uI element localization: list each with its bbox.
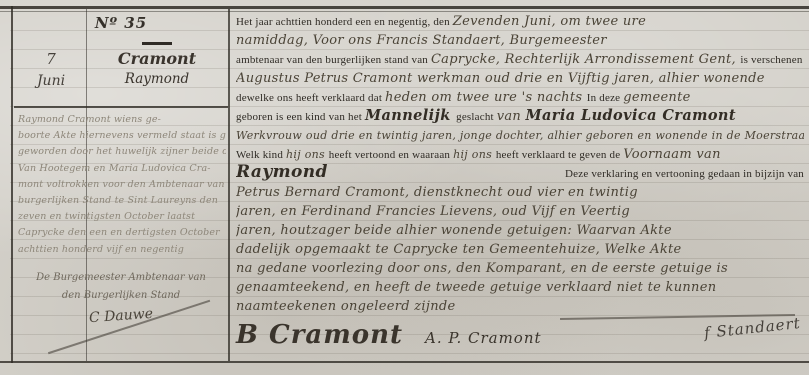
act-number: Nº 35: [14, 14, 228, 32]
handwritten-text: Voornaam van: [623, 147, 720, 162]
annotation-line: Raymond Cramont wiens ge-: [18, 112, 226, 128]
handwritten-text: genaamteekend, en heeft de tweede getuig…: [236, 280, 716, 295]
annotation-line: Caprycke den een en dertigsten October: [18, 225, 226, 241]
annotation-line: geworden door het huwelijk zijner beide …: [18, 144, 226, 160]
annotation-line: Van Hootegem en Maria Ludovica Cra-: [18, 161, 226, 177]
act-line: naamteekenen ongeleerd zijnde: [236, 296, 804, 315]
margin-surname: Cramont: [88, 49, 226, 69]
handwritten-text: namiddag, Voor ons Francis Standaert, Bu…: [236, 33, 607, 48]
act-line: geboren is een kind van het Mannelijk ge…: [236, 106, 804, 125]
act-line: jaren, houtzager beide alhier wonende ge…: [236, 220, 804, 239]
printed-text: Het jaar achttien honderd een en negenti…: [236, 16, 453, 28]
act-line: Augustus Petrus Cramont werkman oud drie…: [236, 68, 804, 87]
act-line: Het jaar achttien honderd een en negenti…: [236, 11, 804, 30]
handwritten-text: na gedane voorlezing door ons, den Kompa…: [236, 261, 728, 276]
handwritten-gender: Mannelijk: [365, 107, 456, 124]
signature-row: B Cramont A. P. Cramont f Standaert: [236, 320, 801, 350]
printed-text: is verschenen :: [740, 54, 804, 66]
officer-title-line1: De Burgemeester Ambtenaar van: [14, 270, 228, 285]
printed-text: heeft verklaard te geven de: [496, 149, 623, 161]
printed-text: Deze verklaring en vertooning gedaan in …: [565, 165, 804, 182]
handwritten-text: Zevenden Juni, om twee ure: [453, 14, 646, 29]
margin-right-line: [228, 9, 230, 361]
margin-name: Cramont Raymond: [88, 40, 226, 89]
entry-dash: [142, 42, 172, 45]
handwritten-text: jaren, en Ferdinand Francies Lievens, ou…: [236, 204, 630, 219]
handwritten-text: van: [497, 109, 526, 124]
margin-firstname: Raymond: [88, 69, 226, 89]
left-binding-line: [11, 6, 13, 363]
handwritten-text: jaren, houtzager beide alhier wonende ge…: [236, 223, 672, 238]
signature-declarant: A. P. Cramont: [425, 329, 542, 347]
printed-text: Welk kind: [236, 149, 286, 161]
handwritten-text: hij ons: [453, 148, 496, 161]
handwritten-mother-name: Maria Ludovica Cramont: [526, 107, 736, 124]
margin-column: Nº 35 7 Juni Cramont Raymond Raymond Cra…: [14, 8, 228, 364]
act-line: na gedane voorlezing door ons, den Kompa…: [236, 258, 804, 277]
signature-witness: B Cramont: [236, 320, 403, 350]
handwritten-text: heden om twee ure 's nachts: [385, 90, 587, 105]
scanned-birth-record: { "palette": { "paper": "#d3d0c9", "prin…: [0, 0, 809, 375]
margin-date: 7 Juni: [20, 48, 82, 92]
act-line: namiddag, Voor ons Francis Standaert, Bu…: [236, 30, 804, 49]
officer-title-line2: den Burgerlijken Stand: [14, 288, 228, 303]
printed-text: In deze: [587, 92, 623, 104]
printed-text: dewelke ons heeft verklaard dat: [236, 92, 385, 104]
act-body: Het jaar achttien honderd een en negenti…: [236, 11, 804, 315]
handwritten-text: naamteekenen ongeleerd zijnde: [236, 299, 456, 314]
handwritten-text: Augustus Petrus Cramont werkman oud drie…: [236, 71, 765, 86]
act-line: dewelke ons heeft verklaard dat heden om…: [236, 87, 804, 106]
printed-text: ambtenaar van den burgerlijken stand van: [236, 54, 431, 66]
margin-date-month: Juni: [20, 70, 82, 92]
printed-text: heeft vertoond en waaraan: [329, 149, 453, 161]
act-line: ambtenaar van den burgerlijken stand van…: [236, 49, 804, 68]
annotation-line: zeven en twintigsten October laatst: [18, 209, 226, 225]
handwritten-text: Werkvrouw oud drie en twintig jaren, jon…: [236, 129, 804, 142]
handwritten-child-firstname: Raymond: [236, 163, 328, 182]
annotation-line: burgerlijken Stand te Sint Laureyns den: [18, 193, 226, 209]
act-line: Welk kind hij ons heeft vertoond en waar…: [236, 144, 804, 163]
handwritten-text: Caprycke, Rechterlijk Arrondissement Gen…: [431, 52, 740, 67]
handwritten-text: dadelijk opgemaakt te Caprycke ten Gemee…: [236, 242, 682, 257]
marginal-annotation: Raymond Cramont wiens ge- boorte Akte hi…: [18, 112, 226, 258]
act-line: genaamteekend, en heeft de tweede getuig…: [236, 277, 804, 296]
act-line: jaren, en Ferdinand Francies Lievens, ou…: [236, 201, 804, 220]
annotation-line: achttien honderd vijf en negentig: [18, 242, 226, 258]
margin-date-day: 7: [20, 48, 82, 70]
handwritten-text: hij ons: [286, 148, 329, 161]
printed-text: geslacht: [456, 111, 497, 123]
annotation-line: boorte Akte hiernevens vermeld staat is …: [18, 128, 226, 144]
act-line: dadelijk opgemaakt te Caprycke ten Gemee…: [236, 239, 804, 258]
handwritten-text: gemeente: [623, 90, 690, 105]
handwritten-text: Petrus Bernard Cramont, dienstknecht oud…: [236, 185, 638, 200]
annotation-line: mont voltrokken voor den Ambtenaar van d…: [18, 177, 226, 193]
printed-text: geboren is een kind van het: [236, 111, 365, 123]
act-line: Petrus Bernard Cramont, dienstknecht oud…: [236, 182, 804, 201]
act-line-firstname: Raymond Deze verklaring en vertooning ge…: [236, 163, 804, 182]
act-line: Werkvrouw oud drie en twintig jaren, jon…: [236, 125, 804, 144]
